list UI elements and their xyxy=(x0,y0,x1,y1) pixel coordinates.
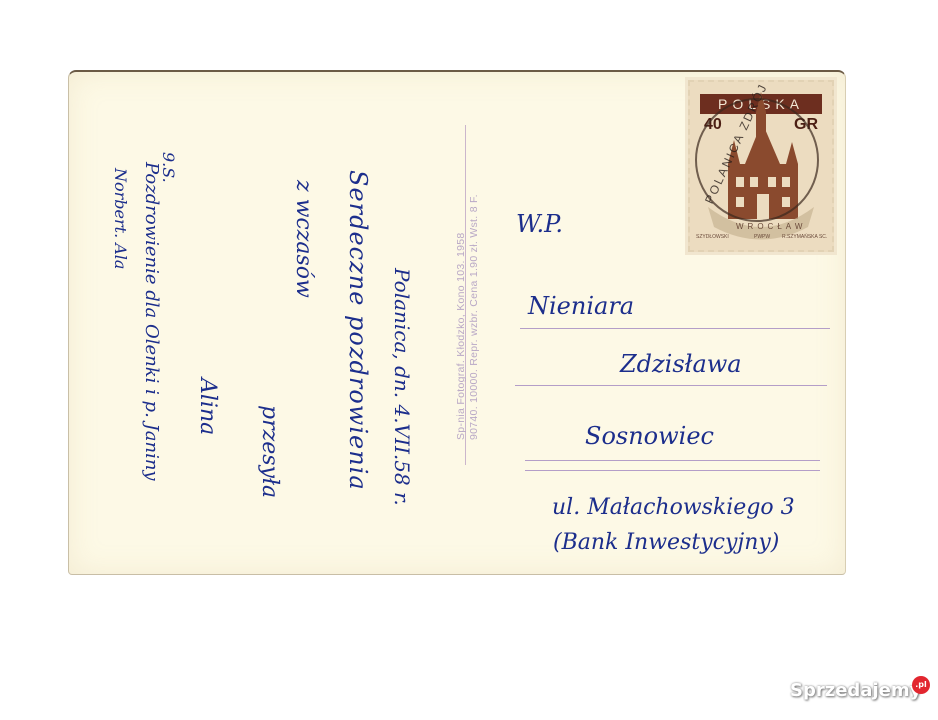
address-institution: (Bank Inwestycyjny) xyxy=(553,530,779,555)
address-street: ul. Małachowskiego 3 xyxy=(552,495,795,520)
greeting-line-1: Serdeczne pozdrowienia xyxy=(344,170,372,491)
margin-note-line-3: Norbert. Ala xyxy=(111,168,130,269)
address-surname: Nieniara xyxy=(528,292,634,320)
stamp-credit-left: SZYDŁOWSKI xyxy=(696,234,729,240)
imprint-line-2: 90740. 10000. Repr. wzbr. Cena 1.90 zł. … xyxy=(468,194,481,440)
place-date: Polanica, dn. 4.VII.58 r. xyxy=(390,268,414,506)
publisher-imprint: Sp-nia Fotograf. Kłodzko, Kono 103. 1958… xyxy=(455,194,481,440)
watermark-badge: .pl xyxy=(912,676,930,694)
stamp-city: WROCŁAW xyxy=(736,222,806,231)
stamp-credit-mid: PWPW xyxy=(754,234,770,240)
margin-note-line-2: Pozdrowienie dla Olenki i p. Janiny xyxy=(141,162,162,481)
greeting-line-3: przesyła xyxy=(257,405,282,498)
stamp-credit-right: R.SZYMAŃSKA SC. xyxy=(782,234,827,240)
address-line-4 xyxy=(525,470,820,471)
signature: Alina xyxy=(195,378,220,435)
watermark-logo: Sprzedajemy xyxy=(790,680,921,701)
address-line-1 xyxy=(520,328,830,329)
address-given-name: Zdzisława xyxy=(620,350,742,378)
imprint-line-1: Sp-nia Fotograf. Kłodzko, Kono 103. 1958 xyxy=(455,194,468,440)
address-salutation: W.P. xyxy=(516,210,563,238)
greeting-line-2: z wczasów xyxy=(291,180,316,298)
address-line-2 xyxy=(515,385,827,386)
address-city: Sosnowiec xyxy=(585,422,714,450)
address-line-3 xyxy=(525,460,820,461)
greeting-text: Serdeczne pozdrowienia xyxy=(344,170,372,491)
